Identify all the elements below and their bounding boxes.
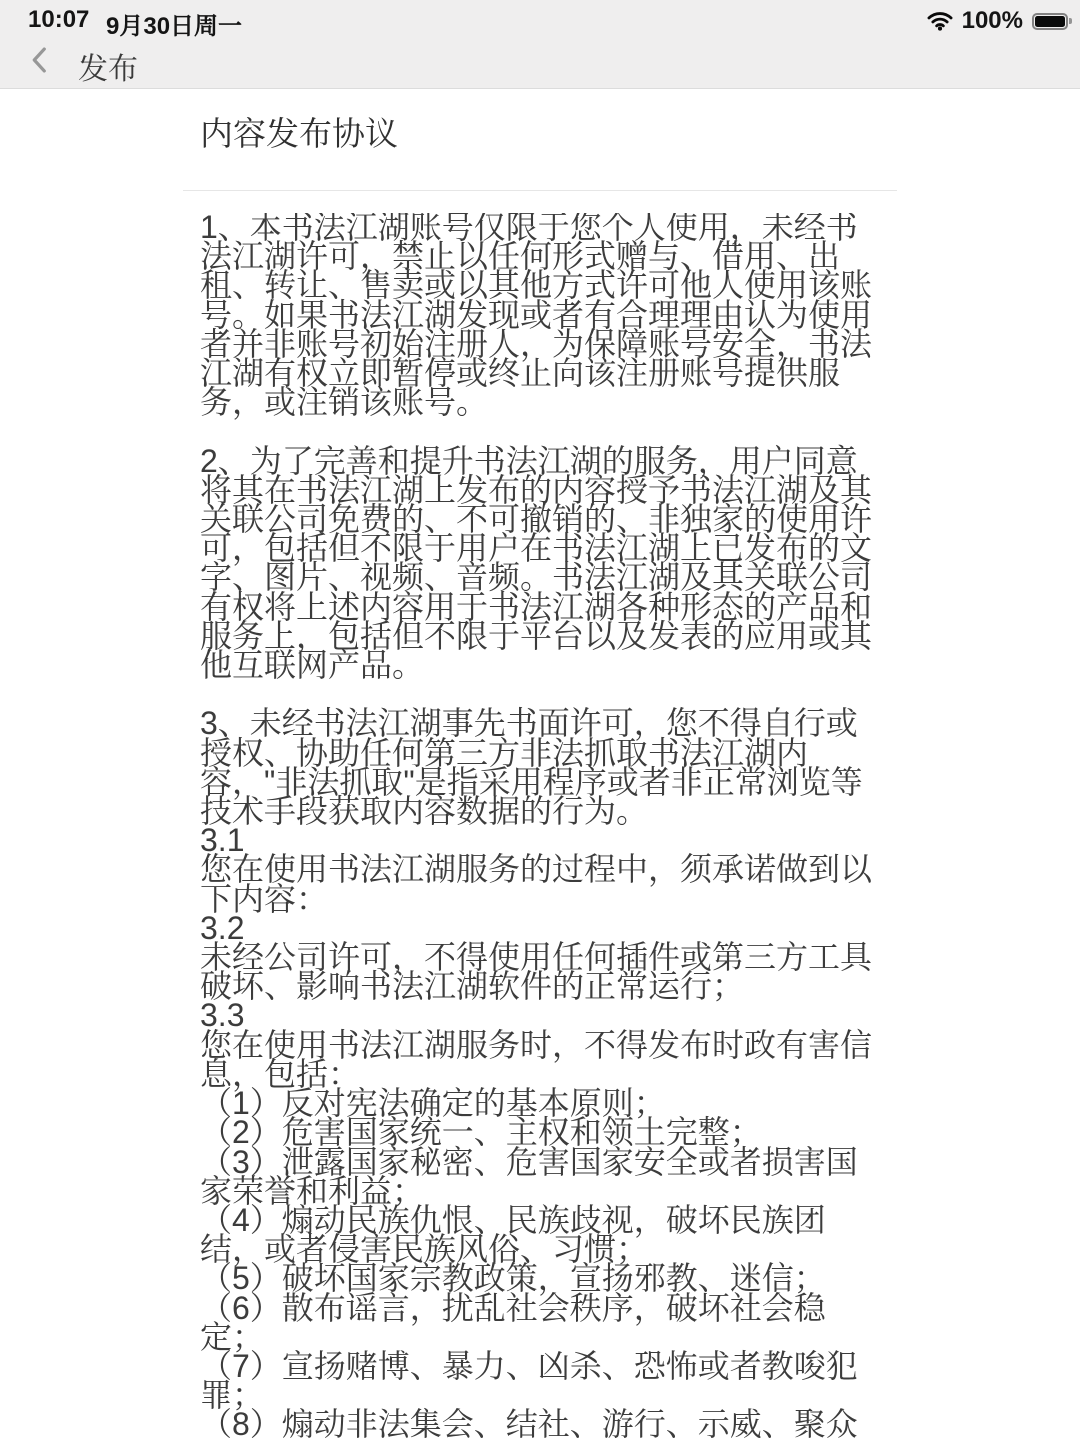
battery-icon xyxy=(1032,13,1068,30)
status-time: 10:07 xyxy=(28,6,89,34)
agreement-title: 内容发布协议 xyxy=(200,114,398,154)
title-divider xyxy=(183,190,897,191)
status-right-cluster: 100% xyxy=(927,7,1068,35)
agreement-body-text[interactable]: 1、本书法江湖账号仅限于您个人使用，未经书 法江湖许可，禁止以任何形式赠与、借用… xyxy=(200,213,874,1440)
back-button[interactable] xyxy=(22,43,56,77)
battery-percent-label: 100% xyxy=(962,7,1023,35)
wifi-icon xyxy=(927,11,953,31)
status-date: 9月30日周一 xyxy=(106,6,242,41)
app-screen: 10:07 9月30日周一 100% xyxy=(0,0,1080,1440)
header-bar: 10:07 9月30日周一 100% xyxy=(0,0,1080,89)
chevron-left-icon xyxy=(30,45,49,75)
page-title: 发布 xyxy=(78,44,138,88)
